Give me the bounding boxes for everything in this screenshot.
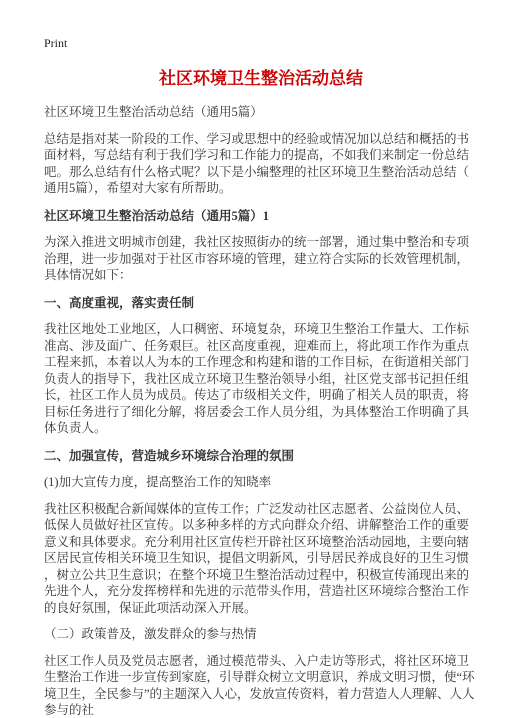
document-page: Print 社区环境卫生整治活动总结 社区环境卫生整治活动总结（通用5篇） 总结… bbox=[0, 0, 520, 718]
section1-part2-item1-heading: (1)加大宣传力度，提高整治工作的知晓率 bbox=[44, 474, 478, 491]
page-title: 社区环境卫生整治活动总结 bbox=[44, 67, 478, 91]
print-link[interactable]: Print bbox=[44, 36, 67, 50]
section1-part2-item2-paragraph: 社区工作人员及党员志愿者，通过模范带头、入户走访等形式，将社区环境卫生整治工作进… bbox=[44, 653, 478, 718]
section1-part2-item1-paragraph: 我社区积极配合新闻媒体的宣传工作；广泛发动社区志愿者、公益岗位人员、低保人员做好… bbox=[44, 501, 478, 617]
section1-part2-heading: 二、加强宣传，营造城乡环境综合治理的氛围 bbox=[44, 448, 478, 465]
article-subtitle: 社区环境卫生整治活动总结（通用5篇） bbox=[44, 104, 478, 121]
section1-part1-paragraph: 我社区地处工业地区，人口稠密、环境复杂，环境卫生整治工作量大、工作标准高、涉及面… bbox=[44, 321, 478, 437]
section1-part1-heading: 一、高度重视，落实责任制 bbox=[44, 295, 478, 312]
section1-part2-item2-heading: （二）政策普及，激发群众的参与热情 bbox=[44, 626, 478, 643]
section1-lead-paragraph: 为深入推进文明城市创建，我社区按照街办的统一部署，通过集中整治和专项治理，进一步… bbox=[44, 234, 478, 284]
section1-heading: 社区环境卫生整治活动总结（通用5篇）1 bbox=[44, 208, 478, 225]
intro-paragraph: 总结是指对某一阶段的工作、学习或思想中的经验或情况加以总结和概括的书面材料，写总… bbox=[44, 131, 478, 197]
